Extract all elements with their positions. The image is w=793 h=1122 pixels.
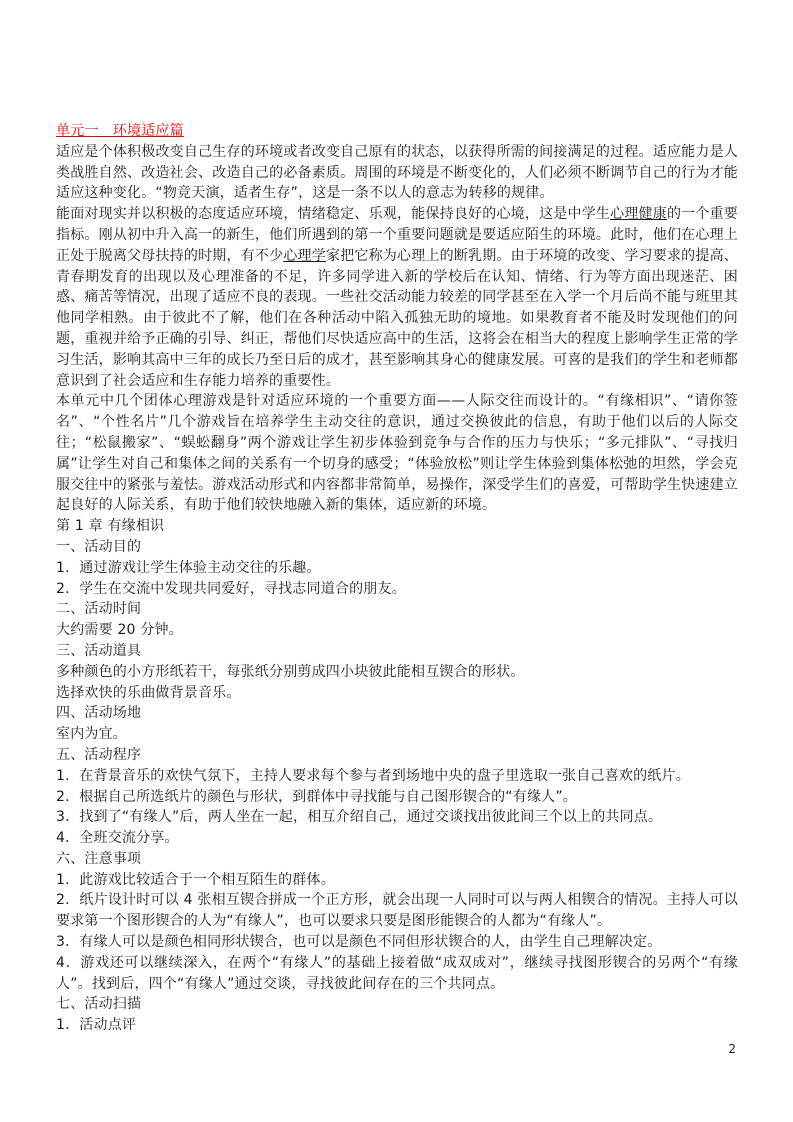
keyword-link[interactable]: 心理健康 — [610, 206, 667, 222]
text-run: 一、活动目的 — [56, 539, 141, 555]
paragraph: 1．通过游戏让学生体验主动交往的乐趣。 — [56, 558, 738, 579]
paragraph: 2．学生在交流中发现共同爱好，寻找志同道合的朋友。 — [56, 579, 738, 600]
text-run: 2．学生在交流中发现共同爱好，寻找志同道合的朋友。 — [56, 581, 406, 597]
paragraph: 四、活动场地 — [56, 703, 738, 724]
text-run: 四、活动场地 — [56, 705, 141, 721]
paragraph: 1．在背景音乐的欢快气氛下，主持人要求每个参与者到场地中央的盘子里选取一张自己喜… — [56, 766, 738, 787]
text-run: 3．有缘人可以是颜色相同形状锲合，也可以是颜色不同但形状锲合的人，由学生自己理解… — [56, 934, 662, 950]
text-run: 2．纸片设计时可以 4 张相互锲合拼成一个正方形，就会出现一人同时可以与两人相锲… — [56, 892, 738, 929]
paragraph: 二、活动时间 — [56, 599, 738, 620]
text-run: 4．全班交流分享。 — [56, 830, 179, 846]
text-run: 1．通过游戏让学生体验主动交往的乐趣。 — [56, 560, 321, 576]
section-heading: 单元一 环境适应篇 — [56, 121, 738, 142]
text-run: 适应是个体积极改变自己生存的环境或者改变自己原有的状态，以获得所需的间接满足的过… — [56, 144, 738, 202]
paragraph: 第 1 章 有缘相识 — [56, 516, 738, 537]
text-run: 1．此游戏比较适合于一个相互陌生的群体。 — [56, 872, 335, 888]
text-run: 五、活动程序 — [56, 747, 141, 763]
paragraph: 3．找到了“有缘人”后，两人坐在一起，相互介绍自己，通过交谈找出彼此间三个以上的… — [56, 807, 738, 828]
text-run: 1．在背景音乐的欢快气氛下，主持人要求每个参与者到场地中央的盘子里选取一张自己喜… — [56, 768, 690, 784]
text-run: 本单元中几个团体心理游戏是针对适应环境的一个重要方面——人际交往而设计的。“有缘… — [56, 393, 738, 513]
text-run: 三、活动道具 — [56, 643, 141, 659]
document-page: 单元一 环境适应篇适应是个体积极改变自己生存的环境或者改变自己原有的状态，以获得… — [0, 0, 793, 1122]
text-run: 多种颜色的小方形纸若干，每张纸分别剪成四小块彼此能相互锲合的形状。 — [56, 664, 525, 680]
text-run: 4．游戏还可以继续深入，在两个“有缘人”的基础上接着做“成双成对”，继续寻找图形… — [56, 955, 738, 992]
paragraph: 2．纸片设计时可以 4 张相互锲合拼成一个正方形，就会出现一人同时可以与两人相锲… — [56, 890, 738, 932]
paragraph: 能面对现实并以积极的态度适应环境，情绪稳定、乐观，能保持良好的心境，这是中学生心… — [56, 204, 738, 391]
paragraph: 4．游戏还可以继续深入，在两个“有缘人”的基础上接着做“成双成对”，继续寻找图形… — [56, 953, 738, 995]
document-body: 单元一 环境适应篇适应是个体积极改变自己生存的环境或者改变自己原有的状态，以获得… — [56, 121, 738, 1036]
paragraph: 六、注意事项 — [56, 849, 738, 870]
text-run: 选择欢快的乐曲做背景音乐。 — [56, 685, 241, 701]
keyword-link[interactable]: 心理学 — [283, 248, 326, 264]
text-run: 七、活动扫描 — [56, 996, 141, 1012]
paragraph: 选择欢快的乐曲做背景音乐。 — [56, 683, 738, 704]
paragraph: 1．活动点评 — [56, 1015, 738, 1036]
paragraph: 2．根据自己所选纸片的颜色与形状，到群体中寻找能与自己图形锲合的“有缘人”。 — [56, 787, 738, 808]
paragraph: 4．全班交流分享。 — [56, 828, 738, 849]
paragraph: 三、活动道具 — [56, 641, 738, 662]
text-run: 1．活动点评 — [56, 1017, 136, 1033]
text-run: 六、注意事项 — [56, 851, 141, 867]
paragraph: 3．有缘人可以是颜色相同形状锲合，也可以是颜色不同但形状锲合的人，由学生自己理解… — [56, 932, 738, 953]
paragraph: 室内为宜。 — [56, 724, 738, 745]
paragraph: 七、活动扫描 — [56, 994, 738, 1015]
text-run: 第 1 章 有缘相识 — [56, 518, 164, 534]
text-run: 室内为宜。 — [56, 726, 127, 742]
paragraph: 一、活动目的 — [56, 537, 738, 558]
text-run: 大约需要 20 分钟。 — [56, 622, 183, 638]
paragraph: 本单元中几个团体心理游戏是针对适应环境的一个重要方面——人际交往而设计的。“有缘… — [56, 391, 738, 516]
text-run: 3．找到了“有缘人”后，两人坐在一起，相互介绍自己，通过交谈找出彼此间三个以上的… — [56, 809, 662, 825]
paragraph: 1．此游戏比较适合于一个相互陌生的群体。 — [56, 870, 738, 891]
paragraph: 五、活动程序 — [56, 745, 738, 766]
text-run: 二、活动时间 — [56, 601, 141, 617]
paragraph: 大约需要 20 分钟。 — [56, 620, 738, 641]
text-run: 能面对现实并以积极的态度适应环境，情绪稳定、乐观，能保持良好的心境，这是中学生 — [56, 206, 610, 222]
text-run: 家把它称为心理上的断乳期。由于环境的改变、学习要求的提高、青春期发育的出现以及心… — [56, 248, 738, 389]
paragraph: 适应是个体积极改变自己生存的环境或者改变自己原有的状态，以获得所需的间接满足的过… — [56, 142, 738, 204]
paragraph: 多种颜色的小方形纸若干，每张纸分别剪成四小块彼此能相互锲合的形状。 — [56, 662, 738, 683]
text-run: 2．根据自己所选纸片的颜色与形状，到群体中寻找能与自己图形锲合的“有缘人”。 — [56, 789, 577, 805]
text-run: 单元一 环境适应篇 — [56, 123, 184, 139]
page-number: 2 — [56, 1041, 738, 1057]
